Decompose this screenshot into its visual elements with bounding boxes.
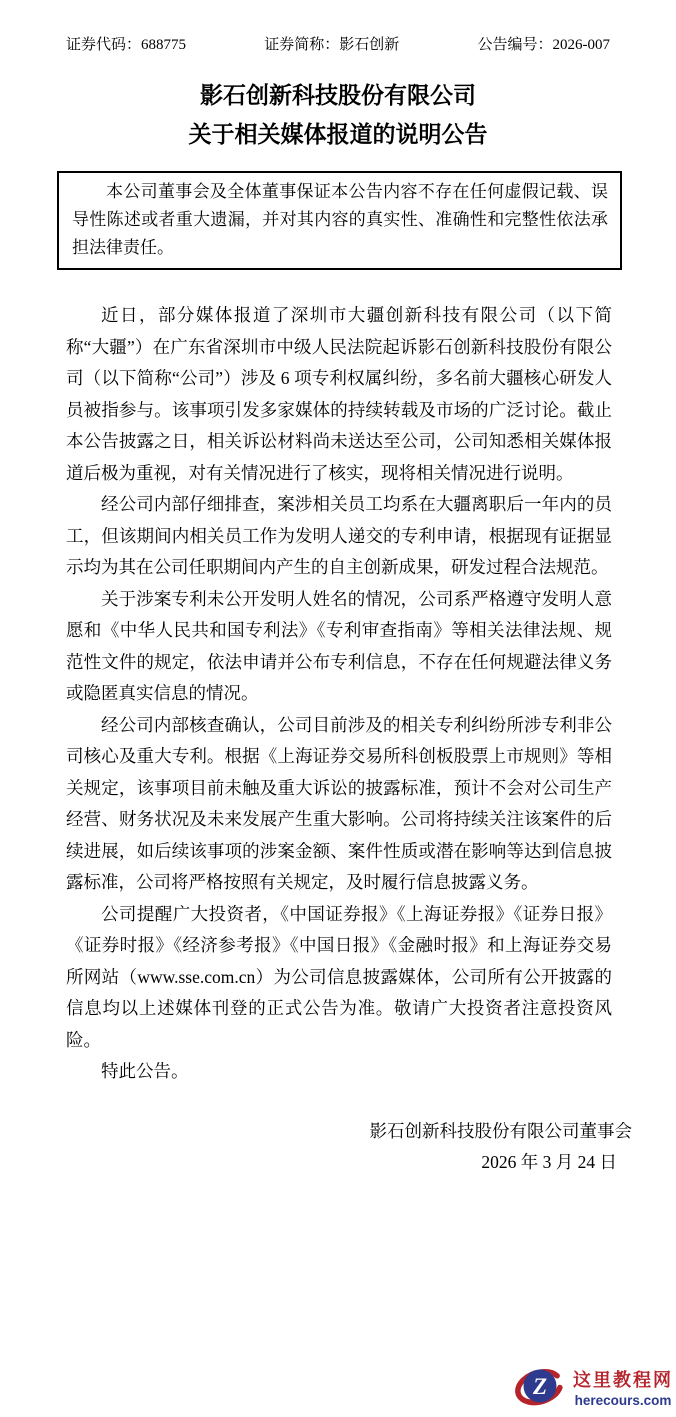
closing-statement: 特此公告。 <box>66 1056 612 1088</box>
paragraph-4: 经公司内部核查确认，公司目前涉及的相关专利纠纷所涉专利非公司核心及重大专利。根据… <box>66 710 612 899</box>
board-signature: 影石创新科技股份有限公司董事会 <box>0 1116 676 1148</box>
announcement-page: 证券代码：688775 证券简称：影石创新 公告编号：2026-007 影石创新… <box>0 0 676 1417</box>
site-name: 这里教程网 <box>573 1366 673 1392</box>
stock-code-label: 证券代码： <box>66 37 141 53</box>
disclaimer-box: 本公司董事会及全体董事保证本公告内容不存在任何虚假记载、误导性陈述或者重大遗漏，… <box>57 171 622 270</box>
site-logo-icon: Z <box>512 1361 568 1413</box>
announcement-number: 公告编号：2026-007 <box>477 36 610 54</box>
announcement-number-label: 公告编号： <box>477 37 552 53</box>
site-url: herecours.com <box>575 1393 672 1408</box>
paragraph-2: 经公司内部仔细排查，案涉相关员工均系在大疆离职后一年内的员工，但该期间内相关员工… <box>66 489 612 584</box>
stock-short-name-value: 影石创新 <box>339 37 399 53</box>
stock-code-value: 688775 <box>141 37 186 53</box>
company-name-title: 影石创新科技股份有限公司 <box>0 81 676 111</box>
logo-letter: Z <box>532 1374 547 1399</box>
announcement-title: 关于相关媒体报道的说明公告 <box>0 120 676 150</box>
stock-short-name-label: 证券简称： <box>264 37 339 53</box>
watermark-text: 这里教程网 herecours.com <box>573 1366 673 1408</box>
site-watermark[interactable]: Z 这里教程网 herecours.com <box>512 1361 673 1413</box>
document-header: 证券代码：688775 证券简称：影石创新 公告编号：2026-007 <box>0 0 676 54</box>
paragraph-3: 关于涉案专利未公开发明人姓名的情况，公司系严格遵守发明人意愿和《中华人民共和国专… <box>66 584 612 710</box>
announcement-body: 近日，部分媒体报道了深圳市大疆创新科技有限公司（以下简称“大疆”）在广东省深圳市… <box>66 300 612 1088</box>
stock-code: 证券代码：688775 <box>66 36 186 54</box>
stock-short-name: 证券简称：影石创新 <box>264 36 399 54</box>
announcement-date: 2026 年 3 月 24 日 <box>0 1147 676 1179</box>
paragraph-5: 公司提醒广大投资者，《中国证券报》《上海证券报》《证券日报》《证券时报》《经济参… <box>66 899 612 1057</box>
announcement-number-value: 2026-007 <box>553 37 611 53</box>
paragraph-1: 近日，部分媒体报道了深圳市大疆创新科技有限公司（以下简称“大疆”）在广东省深圳市… <box>66 300 612 489</box>
disclaimer-text: 本公司董事会及全体董事保证本公告内容不存在任何虚假记载、误导性陈述或者重大遗漏，… <box>72 178 608 262</box>
